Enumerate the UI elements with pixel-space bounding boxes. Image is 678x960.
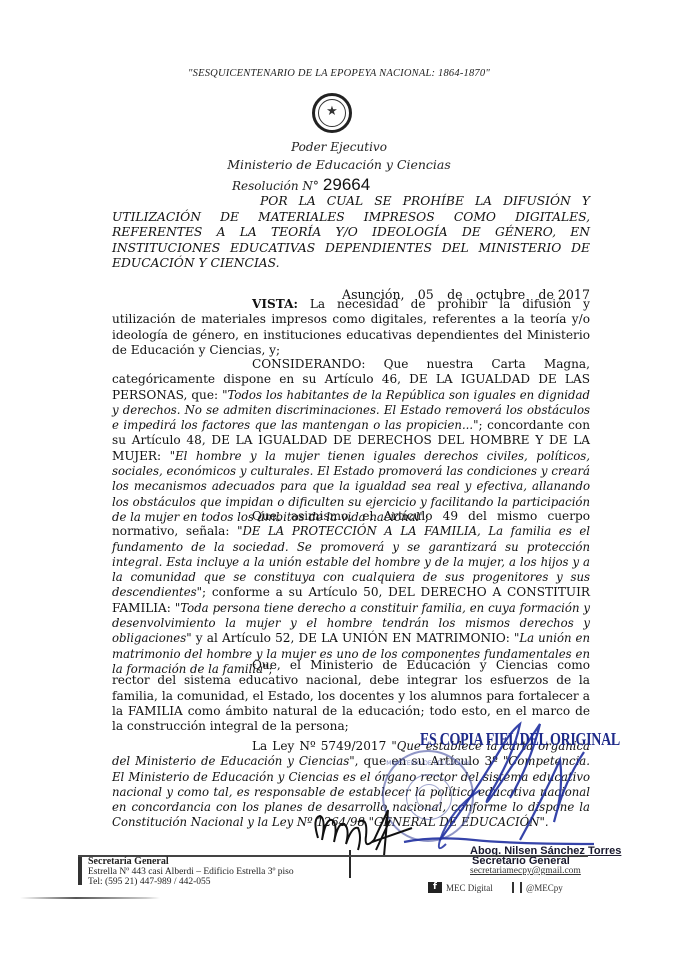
asimismo-text-c: y al Artículo 52, DE LA UNIÓN EN MATRIMO… (192, 631, 510, 645)
title-rest: UTILIZACIÓN DE MATERIALES IMPRESOS COMO … (112, 210, 590, 271)
ley-text: La Ley Nº 5749/2017 (252, 739, 386, 753)
considerando-paragraph: CONSIDERANDO: Que nuestra Carta Magna, c… (112, 357, 590, 525)
footer-email-link[interactable]: secretariamecpy@gmail.com (470, 866, 581, 876)
official-seal-stamp: MINISTERIO DE EDUCACIÓN (382, 750, 474, 842)
facebook-icon: f (428, 882, 442, 893)
executive-power-label: Poder Ejecutivo (0, 140, 678, 154)
asimismo-paragraph: Que, asimismo, el Artículo 49 del mismo … (112, 509, 590, 677)
twitter-label: @MECpy (526, 883, 563, 893)
certified-copy-stamp: ES COPIA FIEL DEL ORIGINAL (420, 731, 620, 751)
footer-office: Secretaría General (88, 857, 294, 867)
mec-text: Que, el Ministerio de Educación y Cienci… (112, 658, 590, 733)
resolution-title: POR LA CUAL SE PROHÍBE LA DIFUSIÓN Y UTI… (112, 194, 590, 272)
resolution-number: 29664 (323, 175, 370, 194)
ley-paragraph: La Ley Nº 5749/2017 "Que establece la ca… (112, 739, 590, 831)
resolution-label: Resolución N° (232, 179, 319, 193)
facebook-label: MEC Digital (446, 883, 493, 893)
resolution-heading: Resolución N°29664 (232, 175, 370, 195)
footer-contact: Secretaría General Estrella Nº 443 casi … (88, 857, 294, 887)
vista-label: VISTA: (252, 297, 298, 311)
vista-text: La necesidad de prohibir la difusión y u… (112, 297, 590, 357)
seal-ring-text: MINISTERIO DE EDUCACIÓN (384, 760, 472, 767)
mec-paragraph: Que, el Ministerio de Educación y Cienci… (112, 658, 590, 734)
twitter-icon (512, 882, 522, 893)
footer-phone: Tel: (595 21) 447-989 / 442-055 (88, 877, 294, 887)
footer-address: Estrella Nº 443 casi Alberdi – Edificio … (88, 867, 294, 877)
considerando-label: CONSIDERANDO: (252, 357, 365, 371)
footer-decorative-line (20, 897, 160, 899)
star-icon: ★ (315, 104, 349, 119)
footer-accent-bar (78, 857, 82, 885)
facebook-link[interactable]: f MEC Digital (428, 882, 493, 893)
ministry-label: Ministerio de Educación y Ciencias (0, 157, 678, 172)
twitter-link[interactable]: @MECpy (512, 882, 563, 893)
seal-core (416, 784, 442, 810)
vista-paragraph: VISTA: La necesidad de prohibir la difus… (112, 297, 590, 358)
coat-of-arms-icon: ★ (312, 93, 352, 133)
title-first-line: POR LA CUAL SE PROHÍBE LA DIFUSIÓN Y (260, 194, 590, 208)
commemorative-motto: "SESQUICENTENARIO DE LA EPOPEYA NACIONAL… (0, 68, 678, 79)
